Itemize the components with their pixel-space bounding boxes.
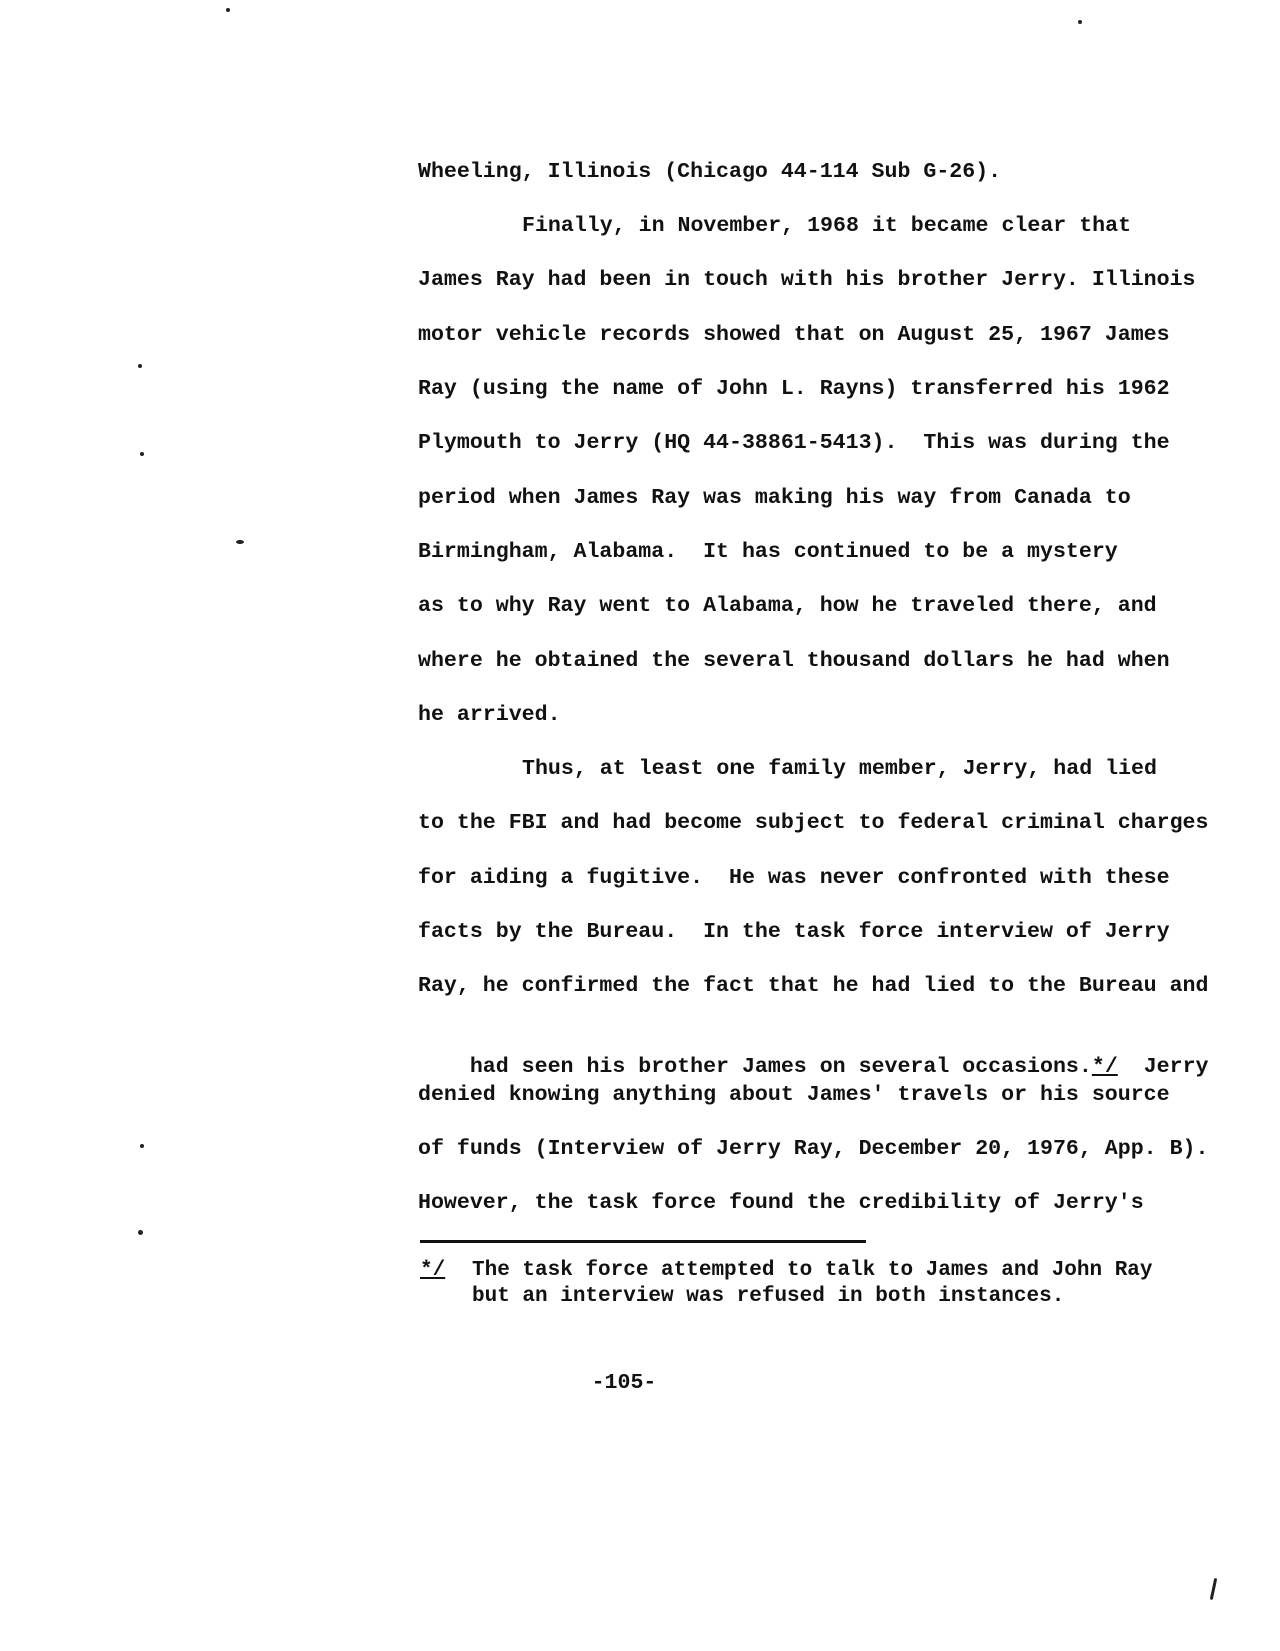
body-line-11: Thus, at least one family member, Jerry,… — [522, 756, 1157, 782]
footnote-line-0: The task force attempted to talk to Jame… — [472, 1258, 1153, 1284]
scan-speck — [226, 8, 230, 12]
footnote-divider — [420, 1240, 866, 1243]
body-line-7: Birmingham, Alabama. It has continued to… — [418, 539, 1118, 565]
body-line-12: to the FBI and had become subject to fed… — [418, 810, 1208, 836]
scan-speck — [1078, 20, 1082, 24]
scan-speck — [236, 540, 244, 544]
body-line-16-text: had seen his brother James on several oc… — [470, 1055, 1092, 1079]
page-number-text: -105- — [592, 1370, 657, 1396]
body-line-9: where he obtained the several thousand d… — [418, 648, 1170, 674]
footnote-line-1: but an interview was refused in both ins… — [472, 1284, 1064, 1310]
body-line-5: Plymouth to Jerry (HQ 44-38861-5413). Th… — [418, 430, 1170, 456]
body-line-18: of funds (Interview of Jerry Ray, Decemb… — [418, 1136, 1208, 1162]
body-line-13: for aiding a fugitive. He was never conf… — [418, 865, 1170, 891]
body-line-4: Ray (using the name of John L. Rayns) tr… — [418, 376, 1170, 402]
page-number: -105- — [0, 1370, 1280, 1396]
scan-speck — [1210, 1578, 1218, 1600]
body-line-8: as to why Ray went to Alabama, how he tr… — [418, 593, 1157, 619]
body-line-0: Wheeling, Illinois (Chicago 44-114 Sub G… — [418, 159, 1001, 185]
document-page: Wheeling, Illinois (Chicago 44-114 Sub G… — [0, 0, 1280, 1651]
body-line-16-after: Jerry — [1118, 1055, 1209, 1079]
footnote-reference: */ — [1092, 1055, 1118, 1079]
scan-speck — [138, 364, 142, 368]
body-line-1: Finally, in November, 1968 it became cle… — [522, 213, 1131, 239]
body-line-10: he arrived. — [418, 702, 561, 728]
body-line-19: However, the task force found the credib… — [418, 1190, 1144, 1216]
body-line-2: James Ray had been in touch with his bro… — [418, 267, 1196, 293]
scan-speck — [138, 1230, 143, 1235]
body-line-6: period when James Ray was making his way… — [418, 485, 1131, 511]
body-line-15: Ray, he confirmed the fact that he had l… — [418, 973, 1208, 999]
scan-speck — [140, 1144, 144, 1148]
body-line-3: motor vehicle records showed that on Aug… — [418, 322, 1170, 348]
body-line-14: facts by the Bureau. In the task force i… — [418, 919, 1170, 945]
footnote-marker: */ — [420, 1258, 445, 1284]
body-line-17: denied knowing anything about James' tra… — [418, 1082, 1170, 1108]
scan-speck — [140, 452, 144, 456]
